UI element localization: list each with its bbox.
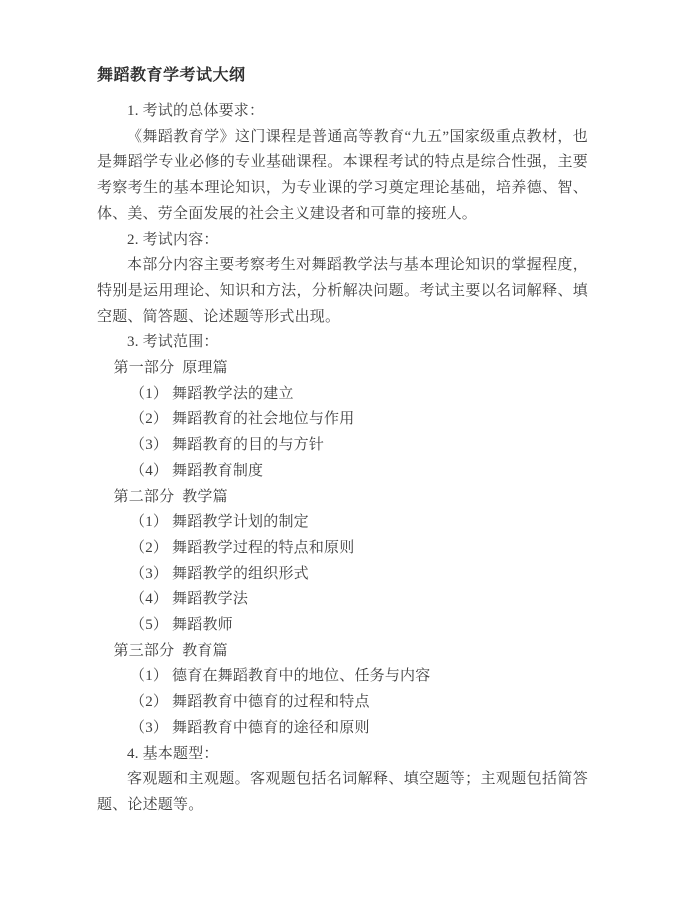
document-title: 舞蹈教育学考试大纲 bbox=[97, 64, 588, 86]
list-item: （5） 舞蹈教师 bbox=[97, 613, 588, 639]
part-heading-3: 第三部分 教育篇 bbox=[97, 639, 588, 665]
section-heading-4: 4. 基本题型： bbox=[97, 742, 588, 768]
list-item: （4） 舞蹈教学法 bbox=[97, 587, 588, 613]
part-heading-1: 第一部分 原理篇 bbox=[97, 356, 588, 382]
paragraph-question-types: 客观题和主观题。客观题包括名词解释、填空题等；主观题包括简答题、论述题等。 bbox=[97, 767, 588, 818]
part-heading-2: 第二部分 教学篇 bbox=[97, 485, 588, 511]
list-item: （1） 舞蹈教学计划的制定 bbox=[97, 510, 588, 536]
list-item: （2） 舞蹈教学过程的特点和原则 bbox=[97, 536, 588, 562]
list-item: （2） 舞蹈教育的社会地位与作用 bbox=[97, 407, 588, 433]
paragraph-exam-content: 本部分内容主要考察考生对舞蹈教学法与基本理论知识的掌握程度，特别是运用理论、知识… bbox=[97, 253, 588, 330]
section-heading-3: 3. 考试范围： bbox=[97, 330, 588, 356]
list-item: （3） 舞蹈教学的组织形式 bbox=[97, 562, 588, 588]
list-item: （3） 舞蹈教育中德育的途径和原则 bbox=[97, 716, 588, 742]
section-heading-1: 1. 考试的总体要求： bbox=[97, 99, 588, 125]
list-item: （1） 舞蹈教学法的建立 bbox=[97, 382, 588, 408]
paragraph-overall-requirements: 《舞蹈教育学》这门课程是普通高等教育“九五”国家级重点教材，也是舞蹈学专业必修的… bbox=[97, 125, 588, 228]
list-item: （4） 舞蹈教育制度 bbox=[97, 459, 588, 485]
list-item: （3） 舞蹈教育的目的与方针 bbox=[97, 433, 588, 459]
document-page: 舞蹈教育学考试大纲 1. 考试的总体要求： 《舞蹈教育学》这门课程是普通高等教育… bbox=[0, 0, 685, 916]
list-item: （1） 德育在舞蹈教育中的地位、任务与内容 bbox=[97, 664, 588, 690]
list-item: （2） 舞蹈教育中德育的过程和特点 bbox=[97, 690, 588, 716]
section-heading-2: 2. 考试内容： bbox=[97, 228, 588, 254]
